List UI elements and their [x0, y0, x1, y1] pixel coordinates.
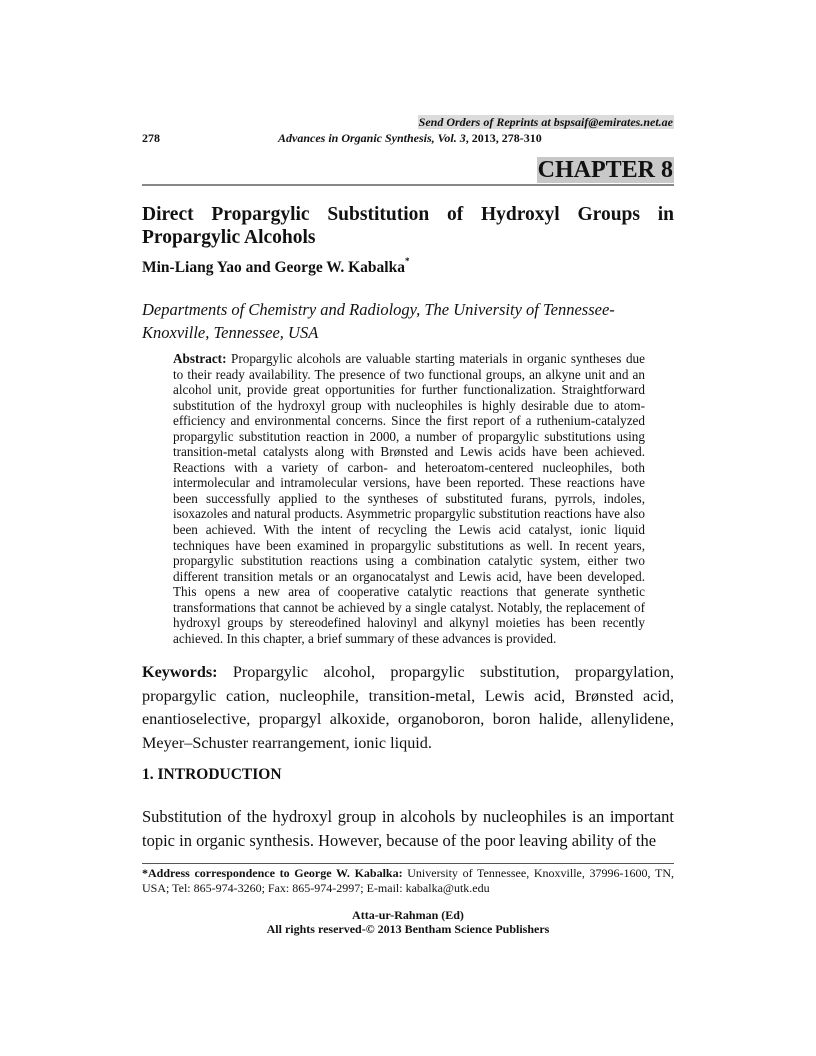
keywords-label: Keywords: — [142, 663, 218, 681]
footnote-divider — [142, 863, 674, 864]
keywords-text: Propargylic alcohol, propargylic substit… — [142, 663, 674, 752]
reprint-notice: Send Orders of Reprints at bspsaif@emira… — [418, 115, 674, 129]
article-title: Direct Propargylic Substitution of Hydro… — [142, 203, 674, 249]
journal-title: Advances in Organic Synthesis, Vol. 3 — [278, 131, 466, 145]
section-heading-introduction: 1. INTRODUCTION — [142, 766, 282, 784]
author-names: Min-Liang Yao and George W. Kabalka — [142, 259, 405, 276]
corresponding-author-marker: * — [405, 256, 410, 266]
title-line-1: Direct Propargylic Substitution of Hydro… — [142, 203, 674, 226]
introduction-paragraph: Substitution of the hydroxyl group in al… — [142, 805, 674, 852]
affiliation: Departments of Chemistry and Radiology, … — [142, 298, 674, 344]
keywords: Keywords: Propargylic alcohol, propargyl… — [142, 661, 674, 755]
authors: Min-Liang Yao and George W. Kabalka* — [142, 259, 409, 277]
footnote-label: *Address correspondence to George W. Kab… — [142, 866, 403, 880]
footnote: *Address correspondence to George W. Kab… — [142, 866, 674, 896]
abstract: Abstract: Propargylic alcohols are valua… — [173, 351, 645, 646]
chapter-label: CHAPTER 8 — [537, 157, 674, 183]
publisher-rights: All rights reserved-© 2013 Bentham Scien… — [142, 922, 674, 937]
header-divider — [142, 184, 674, 186]
journal-volume-pages: , 2013, 278-310 — [466, 131, 542, 145]
journal-citation: Advances in Organic Synthesis, Vol. 3, 2… — [278, 131, 542, 145]
title-line-2: Propargylic Alcohols — [142, 227, 316, 248]
page-number: 278 — [142, 131, 160, 145]
publisher-editor: Atta-ur-Rahman (Ed) — [142, 908, 674, 923]
abstract-text: Propargylic alcohols are valuable starti… — [173, 351, 645, 646]
abstract-label: Abstract: — [173, 351, 226, 366]
